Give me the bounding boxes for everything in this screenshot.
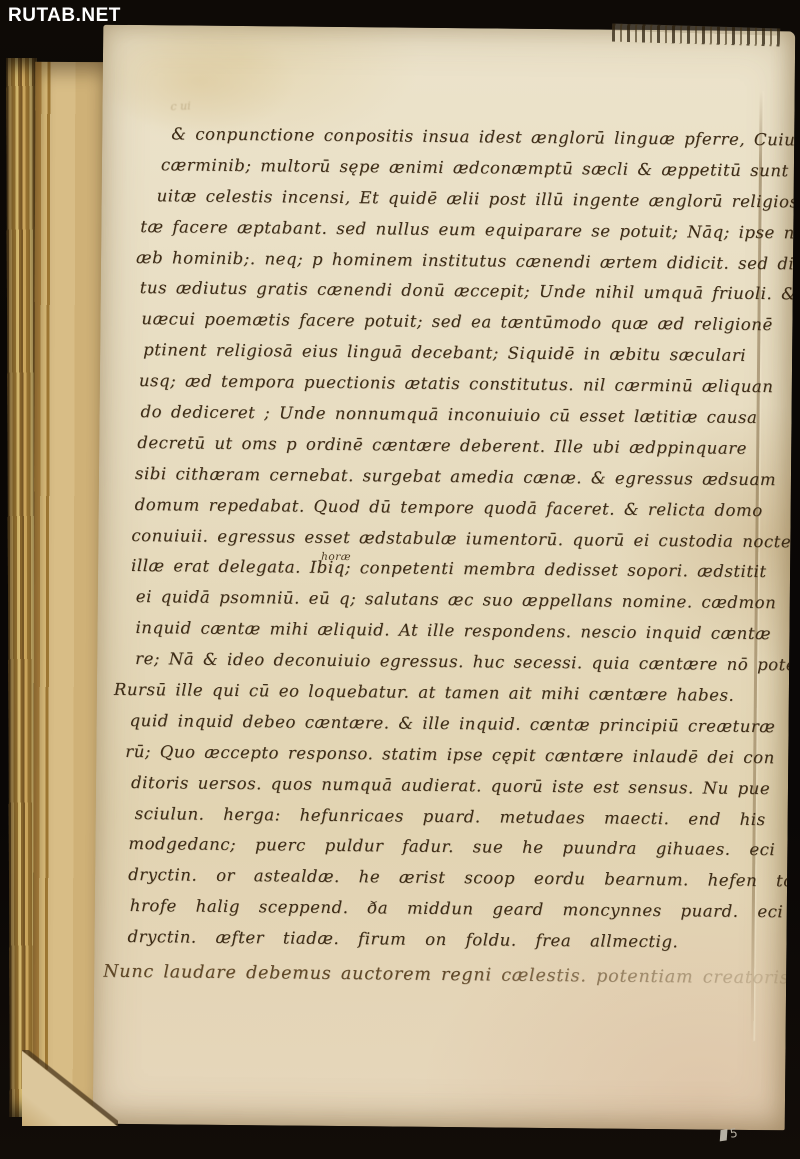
interlinear-gloss: horæ xyxy=(321,551,351,563)
scale-marker: 5 xyxy=(719,1126,738,1142)
manuscript-line: dryctin. æfter tiadæ. firum on foldu. fr… xyxy=(127,922,786,959)
manuscript-line: Nunc laudare debemus auctorem regni cæle… xyxy=(103,957,786,994)
watermark-text: RUTAB.NET xyxy=(8,5,121,27)
scale-chip-icon xyxy=(720,1129,728,1141)
faint-margin-mark: c ui xyxy=(170,99,205,114)
folio-page: c ui & conpunctione conpositis insua ide… xyxy=(93,25,796,1131)
clipped-parchment-corner xyxy=(22,1050,118,1126)
manuscript-photo: RUTAB.NET c ui & conpunctione conpositis… xyxy=(0,0,800,1159)
manuscript-text-block: & conpunctione conpositis insua idest æn… xyxy=(127,119,794,994)
